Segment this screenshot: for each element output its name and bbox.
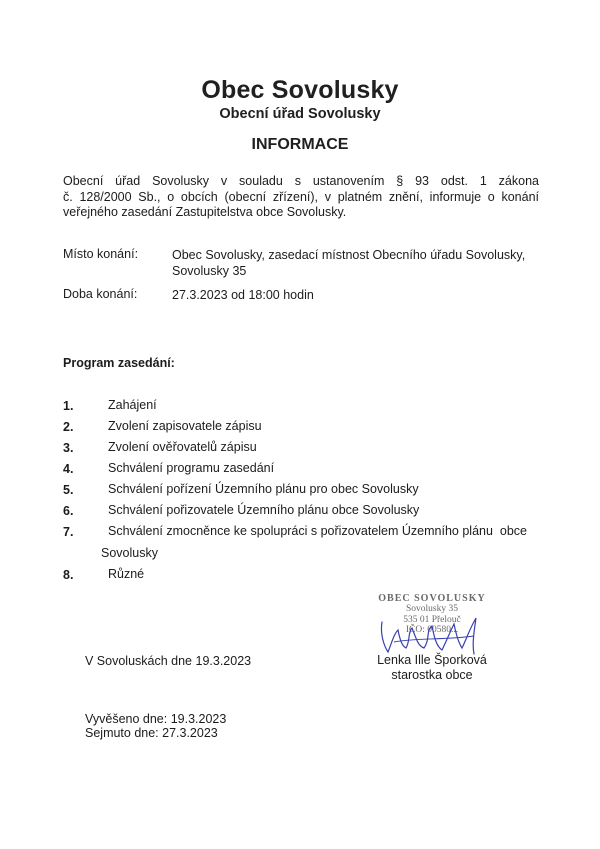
item-text: Zvolení zapisovatele zápisu [108, 419, 262, 433]
item-text: Různé [108, 567, 144, 581]
posting-dates: Vyvěšeno dne: 19.3.2023 Sejmuto dne: 27.… [85, 712, 226, 740]
place-label: Místo konání: [63, 247, 138, 261]
intro-line: č. 128/2000 Sb., o obcích (obecní zřízen… [63, 190, 539, 206]
item-number: 2. [63, 420, 73, 434]
item-text-continuation: Sovolusky [101, 546, 158, 560]
time-value: 27.3.2023 od 18:00 hodin [172, 287, 552, 303]
intro-line: Obecní úřad Sovolusky v souladu s ustano… [63, 174, 539, 190]
program-heading: Program zasedání: [63, 356, 175, 370]
item-number: 3. [63, 441, 73, 455]
place-line: Obec Sovolusky, zasedací místnost Obecní… [172, 247, 552, 263]
document-heading: INFORMACE [0, 136, 600, 154]
item-text: Zvolení ověřovatelů zápisu [108, 440, 257, 454]
place-and-date: V Sovoluskách dne 19.3.2023 [85, 654, 251, 668]
place-value: Obec Sovolusky, zasedací místnost Obecní… [172, 247, 552, 279]
document-title: Obec Sovolusky [0, 76, 600, 105]
item-number: 8. [63, 568, 73, 582]
intro-paragraph: Obecní úřad Sovolusky v souladu s ustano… [63, 174, 539, 221]
signatory-role: starostka obce [364, 668, 500, 682]
item-number: 6. [63, 504, 73, 518]
item-number: 1. [63, 399, 73, 413]
posted-date: Vyvěšeno dne: 19.3.2023 [85, 712, 226, 726]
signatory-name: Lenka Ille Šporková [364, 653, 500, 667]
item-text: Schválení programu zasedání [108, 461, 274, 475]
place-line: Sovolusky 35 [172, 263, 552, 279]
item-number: 5. [63, 483, 73, 497]
removed-date: Sejmuto dne: 27.3.2023 [85, 726, 226, 740]
item-text: Schválení pořízení Územního plánu pro ob… [108, 482, 419, 496]
intro-line: veřejného zasedání Zastupitelstva obce S… [63, 205, 539, 221]
time-label: Doba konání: [63, 287, 137, 301]
item-number: 4. [63, 462, 73, 476]
stamp-line: OBEC SOVOLUSKY [372, 593, 492, 604]
item-number: 7. [63, 525, 73, 539]
signature-icon [374, 612, 494, 657]
item-text: Schválení pořizovatele Územního plánu ob… [108, 503, 419, 517]
item-text: Zahájení [108, 398, 157, 412]
item-text: Schválení zmocněnce ke spolupráci s poři… [108, 524, 527, 538]
document-subtitle: Obecní úřad Sovolusky [0, 106, 600, 122]
